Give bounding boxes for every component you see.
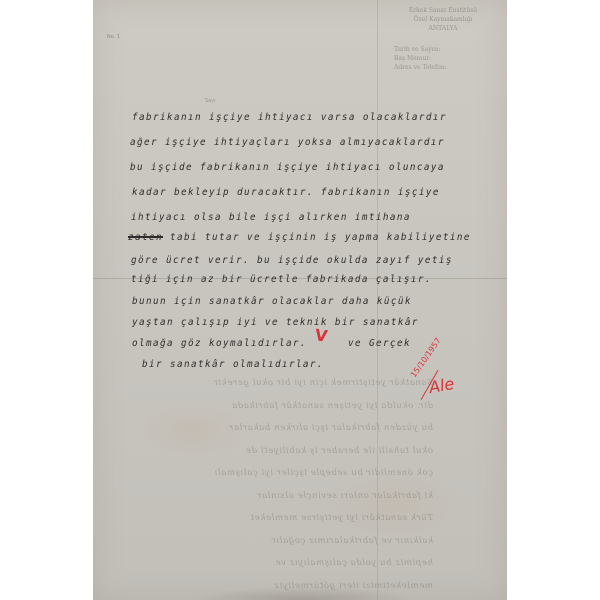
letterhead-field-date: Tarih ve Sayısı:	[394, 45, 498, 54]
handwritten-line: fabrikanın işçiye ihtiyacı varsa olacakl…	[132, 112, 447, 123]
letterhead-fields: Tarih ve Sayısı: Baş Memur: Adres ve Tel…	[394, 45, 498, 72]
struck-word: zaten	[128, 232, 163, 243]
page-reference: No. 1	[107, 34, 120, 40]
letterhead-institution: Erkek Sanat Enstitüsü	[388, 6, 498, 15]
letterhead-city: ANTALYA	[388, 24, 498, 33]
handwritten-line: yaştan çalışıp iyi ve teknik bir sanatkâ…	[132, 317, 419, 328]
bleed-through-text: Sanatkâr yetiştirmek için iyi bir okul g…	[113, 372, 433, 597]
bleed-line: bu yüzden fabrikalar işçi alırken bakarl…	[113, 417, 433, 440]
letterhead-field-address: Adres ve Telefon:	[394, 63, 498, 72]
handwritten-line: bu işçide fabrikanın işçiye ihtiyacı olu…	[130, 162, 445, 173]
letterhead-office: Özel Kaymakamlığı	[388, 15, 498, 24]
bleed-line: ki fabrikalar onları sevinçle alsınlar	[113, 485, 433, 508]
inserted-text: ve Gerçek	[348, 338, 411, 349]
handwritten-line: bunun için sanatkâr olacaklar daha küçük	[132, 296, 412, 307]
bleed-line: Türk sanatkârı iyi yetişirse memleket	[113, 507, 433, 530]
handwritten-line: tiği için az bir ücretle fabrikada çalış…	[131, 274, 432, 285]
paper-curl-shadow	[193, 586, 413, 600]
sayi-label: Sayı	[205, 98, 216, 104]
handwritten-line: bir sanatkâr olmalıdırlar.	[142, 359, 324, 370]
handwritten-line: göre ücret verir. bu işçide okulda zayıf…	[131, 255, 453, 266]
bleed-line: Sanatkâr yetiştirmek için iyi bir okul g…	[113, 372, 433, 395]
bleed-line: hepimiz bu yolda çalışmalıyız ve	[113, 552, 433, 575]
bleed-line: kalkınır ve fabrikalarımız çoğalır	[113, 530, 433, 553]
letter-page: No. 1 Erkek Sanat Enstitüsü Özel Kaymaka…	[93, 0, 507, 600]
bleed-line: dir. okulda iyi yetişen sanatkâr fabrika…	[113, 395, 433, 418]
handwritten-line-text: tabi tutar ve işçinin iş yapma kabiliyet…	[170, 232, 471, 243]
handwritten-line: ihtiyacı olsa bile işçi alırken imtihana	[131, 212, 411, 223]
handwritten-line: ağer işçiye ihtiyaçları yoksa almıyacakl…	[130, 137, 445, 148]
handwritten-line-with-strike: zaten tabi tutar ve işçinin iş yapma kab…	[128, 232, 471, 243]
handwritten-line: kadar bekleyip duracaktır. fabrikanın iş…	[132, 187, 440, 198]
letterhead-field-officer: Baş Memur:	[394, 54, 498, 63]
bleed-line: çok önemlidir bu sebeple işçiler iyi çal…	[113, 462, 433, 485]
handwritten-line: olmağa göz koymalıdırlar.	[132, 338, 307, 349]
bleed-line: okul tahsili ile beraber iş kabiliyeti d…	[113, 440, 433, 463]
red-check-mark: V	[314, 325, 329, 346]
letterhead: Erkek Sanat Enstitüsü Özel Kaymakamlığı …	[388, 6, 498, 72]
